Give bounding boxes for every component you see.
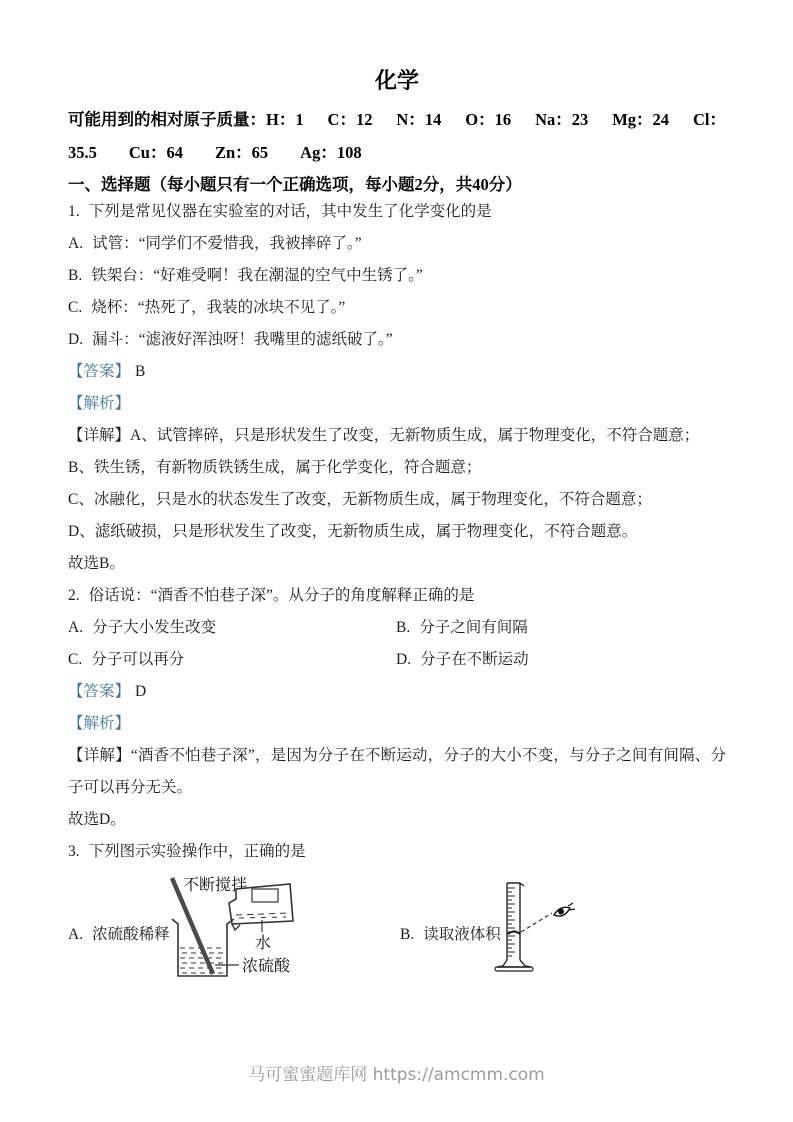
question-number: 3. [68,843,80,860]
q2-option-d: D.分子在不断运动 [396,644,726,676]
option-label: B. [400,926,414,943]
annotation-water: 水 [255,934,271,952]
option-label: B. [68,267,82,284]
cylinder-base-plate [495,967,533,971]
option-text: 铁架台：“好难受啊！我在潮湿的空气中生锈了。” [91,267,423,284]
mass-item: N：14 [396,109,441,131]
option-text: 漏斗：“滤液好浑浊呀！我嘴里的滤纸破了。” [92,331,393,348]
mass-item: Cl： [693,109,726,131]
q1-detail-b: B、铁生锈，有新物质铁锈生成，属于化学变化，符合题意； [68,452,726,484]
analysis-marker: 【解析】 [68,395,130,412]
mass-item: Zn：65 [215,142,268,164]
option-label: A. [68,619,83,636]
option-label: D. [396,651,411,668]
q2-option-b: B.分子之间有间隔 [396,612,726,644]
q1-detail-c: C、冰融化，只是水的状态发生了改变，无新物质生成，属于物理变化，不符合题意； [68,484,726,516]
mass-item: Ag：108 [300,142,361,164]
question-text: 下列是常见仪器在实验室的对话，其中发生了化学变化的是 [89,203,492,220]
option-text: 分子之间有间隔 [419,619,528,636]
q1-analysis-line: 【解析】 [68,388,726,420]
option-text: 分子大小发生改变 [92,619,216,636]
mass-item: Mg：24 [612,109,669,131]
q2-analysis-line: 【解析】 [68,708,726,740]
detail-text: “酒香不怕巷子深”，是因为分子在不断运动，分子的大小不变，与分子之间有间隔、分子… [68,747,726,796]
option-label: C. [68,651,82,668]
q2-answer-line: 【答案】D [68,676,726,708]
question-number: 1. [68,203,80,220]
option-label: D. [68,331,83,348]
q1-option-b: B.铁架台：“好难受啊！我在潮湿的空气中生锈了。” [68,260,726,292]
answer-value: D [135,683,146,700]
q1-detail-d: D、滤纸破损，只是形状发生了改变，无新物质生成，属于物理变化，不符合题意。 [68,516,726,548]
question-2-stem: 2.俗话说：“酒香不怕巷子深”。从分子的角度解释正确的是 [68,580,726,612]
page-title: 化学 [68,66,726,96]
mass-item: C：12 [328,109,373,131]
answer-value: B [135,363,145,380]
annotation-acid: 浓硫酸 [242,957,291,975]
cylinder-base [497,960,531,967]
q2-options-grid: A.分子大小发生改变 B.分子之间有间隔 C.分子可以再分 D.分子在不断运动 [68,612,726,676]
section-title: 一、选择题（每小题只有一个正确选项，每小题2分，共40分） [68,174,726,196]
option-label: B. [396,619,410,636]
liquid-meniscus [508,932,520,935]
eye-icon [554,903,575,916]
q1-option-d: D.漏斗：“滤液好浑浊呀！我嘴里的滤纸破了。” [68,324,726,356]
q3-figures-row: A.浓硫酸稀释 不断搅拌 水 [68,868,726,1020]
q1-detail-a: 【详解】A、试管摔碎，只是形状发生了改变，无新物质生成，属于物理变化，不符合题意… [68,420,726,452]
atomic-masses-line-2: 35.5 Cu：64 Zn：65 Ag：108 [68,142,726,164]
question-number: 2. [68,587,80,604]
mass-item: 可能用到的相对原子质量：H：1 [68,109,304,131]
question-3-stem: 3.下列图示实验操作中，正确的是 [68,836,726,868]
q2-option-c: C.分子可以再分 [68,644,396,676]
question-text: 俗话说：“酒香不怕巷子深”。从分子的角度解释正确的是 [89,587,475,604]
option-text: 分子在不断运动 [420,651,529,668]
exam-page: 化学 可能用到的相对原子质量：H：1 C：12 N：14 O：16 Na：23 … [0,0,793,1122]
option-text: 烧杯：“热死了，我装的冰块不见了。” [91,299,345,316]
answer-marker: 【答案】 [68,683,130,700]
analysis-marker: 【解析】 [68,715,130,732]
scale-ticks [508,888,515,956]
bottle-label [252,889,278,902]
q1-option-c: C.烧杯：“热死了，我装的冰块不见了。” [68,292,726,324]
detail-marker: 【详解】 [68,747,131,764]
option-label: A. [68,235,83,252]
option-label: C. [68,299,82,316]
mass-item: 35.5 [68,142,97,164]
graduated-cylinder [507,883,524,960]
option-label: A. [68,926,83,943]
pour-spout [232,924,240,930]
detail-text: A、试管摔碎，只是形状发生了改变，无新物质生成，属于物理变化，不符合题意； [130,427,699,444]
atomic-masses-line-1: 可能用到的相对原子质量：H：1 C：12 N：14 O：16 Na：23 Mg：… [68,109,726,131]
mass-item: O：16 [465,109,511,131]
q1-answer-line: 【答案】B [68,356,726,388]
mass-item: Cu：64 [129,142,183,164]
q2-detail: 【详解】“酒香不怕巷子深”，是因为分子在不断运动，分子的大小不变，与分子之间有间… [68,740,726,804]
option-text: 试管：“同学们不爱惜我，我被摔碎了。” [92,235,362,252]
figure-caption: 浓硫酸稀释 [92,926,170,943]
figure-a-label: A.浓硫酸稀释 [68,924,170,946]
mass-item: Na：23 [535,109,588,131]
answer-marker: 【答案】 [68,363,130,380]
q2-option-a: A.分子大小发生改变 [68,612,396,644]
sight-line [521,913,552,932]
q1-conclusion: 故选B。 [68,548,726,580]
question-text: 下列图示实验操作中，正确的是 [89,843,306,860]
cylinder-diagram [480,876,620,1001]
option-text: 分子可以再分 [91,651,184,668]
document-body: 化学 可能用到的相对原子质量：H：1 C：12 N：14 O：16 Na：23 … [68,0,726,1020]
footer-watermark: 马可蜜蜜题库网 https://amcmm.com [0,1062,793,1088]
q1-option-a: A.试管：“同学们不爱惜我，我被摔碎了。” [68,228,726,260]
detail-marker: 【详解】 [68,427,130,444]
q2-conclusion: 故选D。 [68,804,726,836]
dilution-diagram: 不断搅拌 水 [165,868,395,1018]
question-1-stem: 1.下列是常见仪器在实验室的对话，其中发生了化学变化的是 [68,196,726,228]
